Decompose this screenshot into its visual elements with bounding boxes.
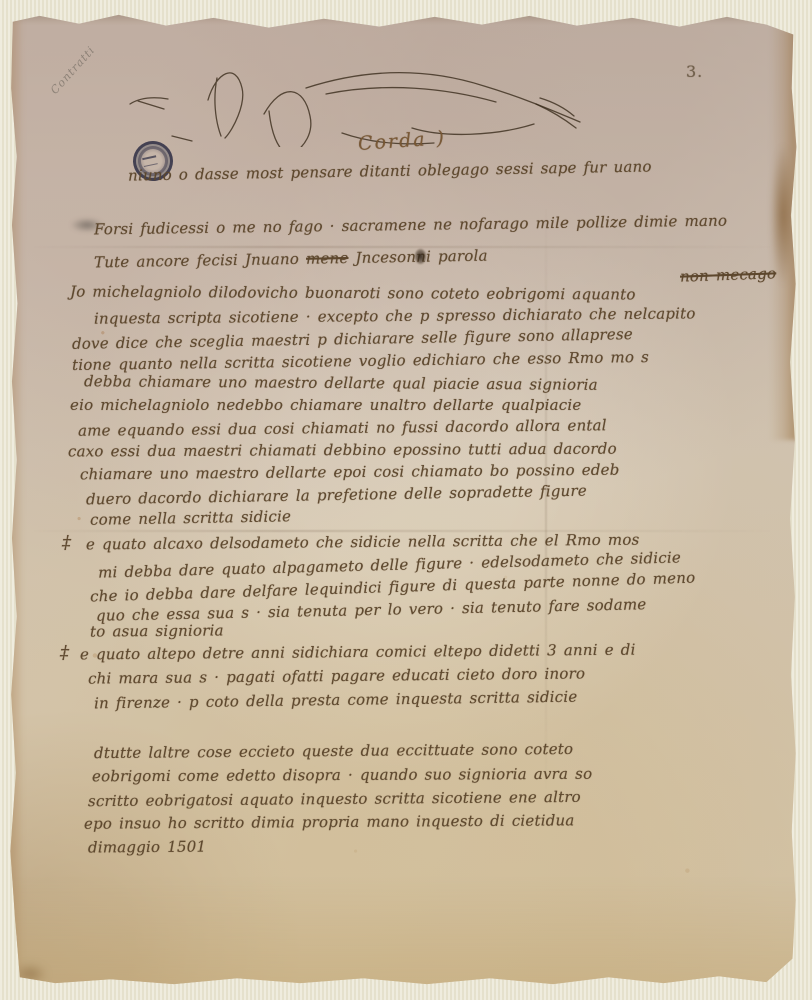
body-line: e quato altepo detre anni sidichiara com… (80, 641, 636, 664)
stain-left-edge (8, 10, 24, 988)
body-line: to asua signioria (90, 621, 224, 640)
body-line: duero dacordo dichiarare la prefetione d… (86, 482, 587, 509)
body-line: in firenze · p coto della presta come in… (94, 688, 578, 713)
stain-bottom-left-corner (8, 848, 118, 988)
pen-trial-line: niuno o dasse most pensare ditanti obleg… (128, 157, 652, 184)
body-line: ame equando essi dua cosi chiamati no fu… (78, 416, 607, 440)
body-line: scritto eobrigatosi aquato inquesto scri… (88, 788, 581, 810)
stain-right-edge (770, 10, 798, 440)
body-line: epo insuo ho scritto dimia propria mano … (84, 811, 575, 832)
date-line: dimaggio 1501 (88, 837, 206, 856)
folio-number: 3. (686, 62, 703, 81)
body-line: chiamare uno maestro dellarte epoi cosi … (80, 461, 620, 484)
manuscript-photo: { "page_number": "3.", "pencil_inscripti… (0, 0, 812, 1000)
body-line: tione quanto nella scritta sicotiene vog… (72, 348, 649, 374)
body-line: debba chiamare uno maestro dellarte qual… (84, 372, 598, 394)
manuscript-sheet: Contratti 3. Corda ) niuno o dasse most … (8, 10, 798, 988)
stain-bottom-edge (8, 878, 798, 988)
heading-word: Corda ) (357, 127, 446, 155)
body-line: dtutte laltre cose eccieto queste dua ec… (94, 740, 573, 762)
pen-trial-segment: Tute ancore fecisi Jnuano (94, 250, 299, 272)
margin-mark: ‡ (62, 532, 71, 553)
stain-top-edge (8, 10, 798, 24)
pen-trial-line: Forsi fudicessi o me no fago · sacramene… (94, 212, 727, 239)
pencil-inscription: Contratti (48, 44, 98, 97)
body-line: Jo michelagniolo dilodovicho buonaroti s… (70, 283, 636, 304)
pen-trial-line: Tute ancore fecisi Jnuano mene Jncesonni… (94, 247, 488, 272)
struck-words: non mecago (680, 264, 777, 285)
struck-word: mene (306, 249, 349, 268)
pen-sketch-figures (116, 42, 596, 147)
margin-mark: ‡ (60, 642, 69, 663)
body-line: eobrigomi come edetto disopra · quando s… (92, 765, 592, 786)
body-line: caxo essi dua maestri chiamati debbino e… (68, 440, 617, 461)
body-line: come nella scritta sidicie (90, 507, 291, 529)
body-line: chi mara sua s · pagati ofatti pagare ed… (88, 664, 585, 687)
body-line: inquesta scripta sicotiene · excepto che… (94, 304, 696, 327)
body-line: e quato alcaxo delsodameto che sidicie n… (86, 531, 640, 554)
body-line: eio michelagniolo nedebbo chiamare unalt… (70, 396, 581, 414)
